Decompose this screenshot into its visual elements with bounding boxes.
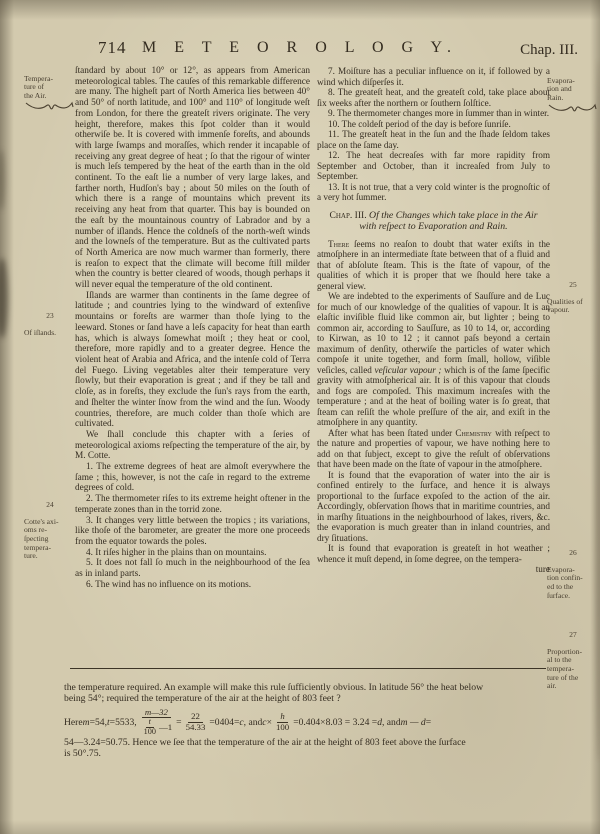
brace-flourish-icon bbox=[547, 103, 597, 113]
right-column: 7. Moiſture has a peculiar influence on … bbox=[317, 66, 550, 670]
book-page: 714 M E T E O R O L O G Y. Chap. III. Te… bbox=[0, 0, 600, 834]
running-title: M E T E O R O L O G Y. bbox=[0, 39, 600, 57]
axiom-item: 12. The heat decreaſes with far more rap… bbox=[317, 150, 550, 182]
fraction: h 100 bbox=[274, 712, 291, 732]
axiom-item: 8. The greateſt heat, and the greateſt c… bbox=[317, 87, 550, 108]
axiom-item: 11. The greateſt heat in the ſun and the… bbox=[317, 129, 550, 150]
footnote-result: 54—3.24=50.75. Hence we ſee that the tem… bbox=[64, 737, 558, 748]
margin-note-27: 27 Proportion- al to the tempera- ture o… bbox=[547, 622, 599, 691]
axiom-item: 6. The wind has no influence on its moti… bbox=[75, 580, 310, 591]
fraction: m—32 t 100 —1 bbox=[139, 708, 174, 737]
paragraph: It is found that evaporation is greateſt… bbox=[317, 543, 550, 564]
axiom-item: 5. It does not fall ſo much in the neigh… bbox=[75, 558, 310, 579]
axiom-item: 13. It is not true, that a very cold win… bbox=[317, 182, 550, 203]
paragraph: It is found that the evaporation of wate… bbox=[317, 470, 550, 544]
paper-stain bbox=[0, 258, 8, 338]
chapter-label: Chap. III. bbox=[329, 210, 366, 221]
axiom-item: 10. The coldeſt period of the day is bef… bbox=[317, 119, 550, 130]
brace-flourish-icon bbox=[24, 101, 74, 111]
margin-note-26: 26 Evapora- tion confin- ed to the ſurfa… bbox=[547, 540, 599, 600]
paper-stain bbox=[0, 150, 5, 210]
margin-note-25: 25 Qualities of vapour. bbox=[547, 272, 599, 315]
formula: Here m =54, t =5533, m—32 t 100 —1 = 22 … bbox=[64, 708, 558, 737]
paragraph: ſtandard by about 10° or 12°, as appears… bbox=[75, 66, 310, 291]
paragraph: We are indebted to the experiments of Sa… bbox=[317, 291, 550, 428]
fraction: 22 54.33 bbox=[184, 712, 208, 732]
footnote-line: the temperature required. An example wil… bbox=[64, 682, 558, 693]
axiom-item: 9. The thermometer changes more in ſumme… bbox=[317, 108, 550, 119]
paragraph: Iſlands are warmer than continents in th… bbox=[75, 291, 310, 430]
paragraph: After what has been ſtated under Chemist… bbox=[317, 428, 550, 470]
page-header: 714 M E T E O R O L O G Y. Chap. III. bbox=[0, 36, 600, 62]
footnote-result: is 50°.75. bbox=[64, 748, 558, 759]
footnote: the temperature required. An example wil… bbox=[64, 682, 558, 760]
axiom-item: 1. The extreme degrees of heat are almoſ… bbox=[75, 462, 310, 494]
footnote-line: being 54°; required the temperature of t… bbox=[64, 693, 558, 704]
chapter-header: Chap. III. bbox=[520, 42, 578, 59]
paragraph: We ſhall conclude this chapter with a ſe… bbox=[75, 430, 310, 462]
continuation-word: ture bbox=[317, 564, 550, 575]
fraction: t 100 bbox=[142, 718, 158, 737]
chapter-title: Of the Changes which take place in the A… bbox=[359, 210, 537, 233]
margin-note-section: Tempera- ture of the Air. bbox=[24, 66, 76, 120]
axiom-item: 7. Moiſture has a peculiar influence on … bbox=[317, 66, 550, 87]
left-column: ſtandard by about 10° or 12°, as appears… bbox=[75, 66, 310, 666]
axiom-item: 2. The thermometer riſes to its extreme … bbox=[75, 494, 310, 515]
chapter-heading: Chap. III. Of the Changes which take pla… bbox=[321, 210, 546, 233]
axiom-item: 4. It riſes higher in the plains than on… bbox=[75, 548, 310, 559]
margin-note-24: 24 Cotte's axi- oms re- ſpecting tempera… bbox=[24, 492, 76, 561]
axiom-item: 3. It changes very little between the tr… bbox=[75, 516, 310, 548]
margin-note-section: Evapora- tion and Rain. bbox=[547, 68, 599, 122]
margin-note-23: 23 Of iſlands. bbox=[24, 303, 76, 337]
paragraph: There ſeems no reaſon to doubt that wate… bbox=[317, 239, 550, 292]
footnote-rule bbox=[70, 668, 546, 669]
